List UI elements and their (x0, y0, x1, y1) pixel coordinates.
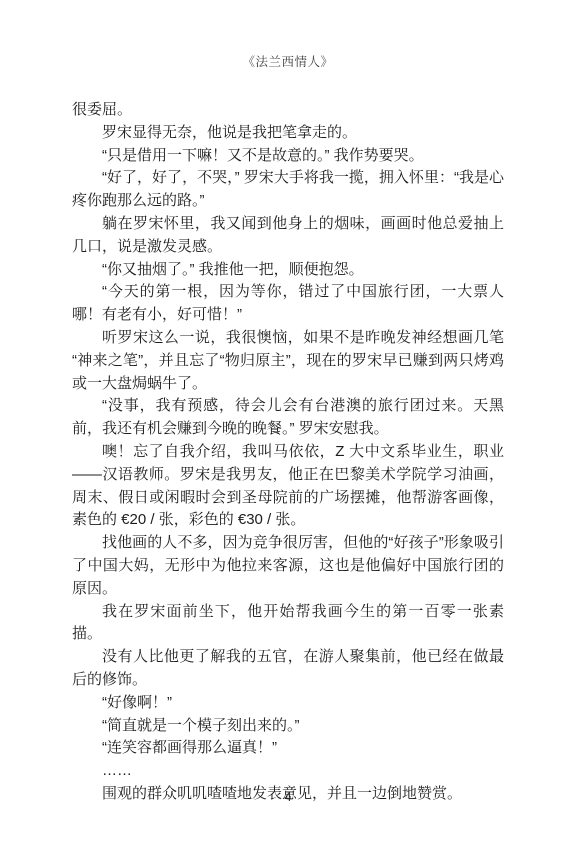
paragraph: “没事，我有预感，待会儿会有台港澳的旅行团过来。天黑前，我还有机会赚到今晚的晚餐… (72, 395, 504, 441)
page-footer: 4 (0, 790, 576, 805)
paragraph: “只是借用一下嘛！又不是故意的。” 我作势要哭。 (72, 145, 504, 168)
book-title: 《法兰西情人》 (242, 55, 333, 69)
paragraph: “好了，好了，不哭，” 罗宋大手将我一揽，拥入怀里：“我是心疼你跑那么远的路。” (72, 167, 504, 213)
paragraph: 听罗宋这么一说，我很懊恼，如果不是昨晚发神经想画几笔“神来之笔”，并且忘了“物归… (72, 327, 504, 395)
paragraph-continuation: 很委屈。 (72, 99, 504, 122)
paragraph: 找他画的人不多，因为竞争很厉害，但他的“好孩子”形象吸引了中国大妈，无形中为他拉… (72, 532, 504, 600)
paragraph-dialogue: “连笑容都画得那么逼真！” (72, 737, 504, 760)
paragraph: 噢！忘了自我介绍，我叫马依依，Z 大中文系毕业生，职业——汉语教师。罗宋是我男友… (72, 441, 504, 532)
paragraph-dialogue: “好像啊！” (72, 692, 504, 715)
paragraph-dialogue: “简直就是一个模子刻出来的。” (72, 715, 504, 738)
paragraph: 罗宋显得无奈，他说是我把笔拿走的。 (72, 122, 504, 145)
document-page: 《法兰西情人》 很委屈。 罗宋显得无奈，他说是我把笔拿走的。 “只是借用一下嘛！… (0, 0, 576, 864)
paragraph: “你又抽烟了。” 我推他一把，顺便抱怨。 (72, 259, 504, 282)
paragraph: “今天的第一根，因为等你，错过了中国旅行团，一大票人哪！有老有小，好可惜！” (72, 281, 504, 327)
paragraph: 没有人比他更了解我的五官，在游人聚集前，他已经在做最后的修饰。 (72, 646, 504, 692)
paragraph: 我在罗宋面前坐下，他开始帮我画今生的第一百零一张素描。 (72, 601, 504, 647)
paragraph: 躺在罗宋怀里，我又闻到他身上的烟味，画画时他总爱抽上几口，说是激发灵感。 (72, 213, 504, 259)
page-header: 《法兰西情人》 (0, 55, 576, 70)
paragraph-ellipsis: …… (72, 760, 504, 783)
page-number: 4 (285, 790, 292, 804)
page-body: 很委屈。 罗宋显得无奈，他说是我把笔拿走的。 “只是借用一下嘛！又不是故意的。”… (72, 99, 504, 806)
